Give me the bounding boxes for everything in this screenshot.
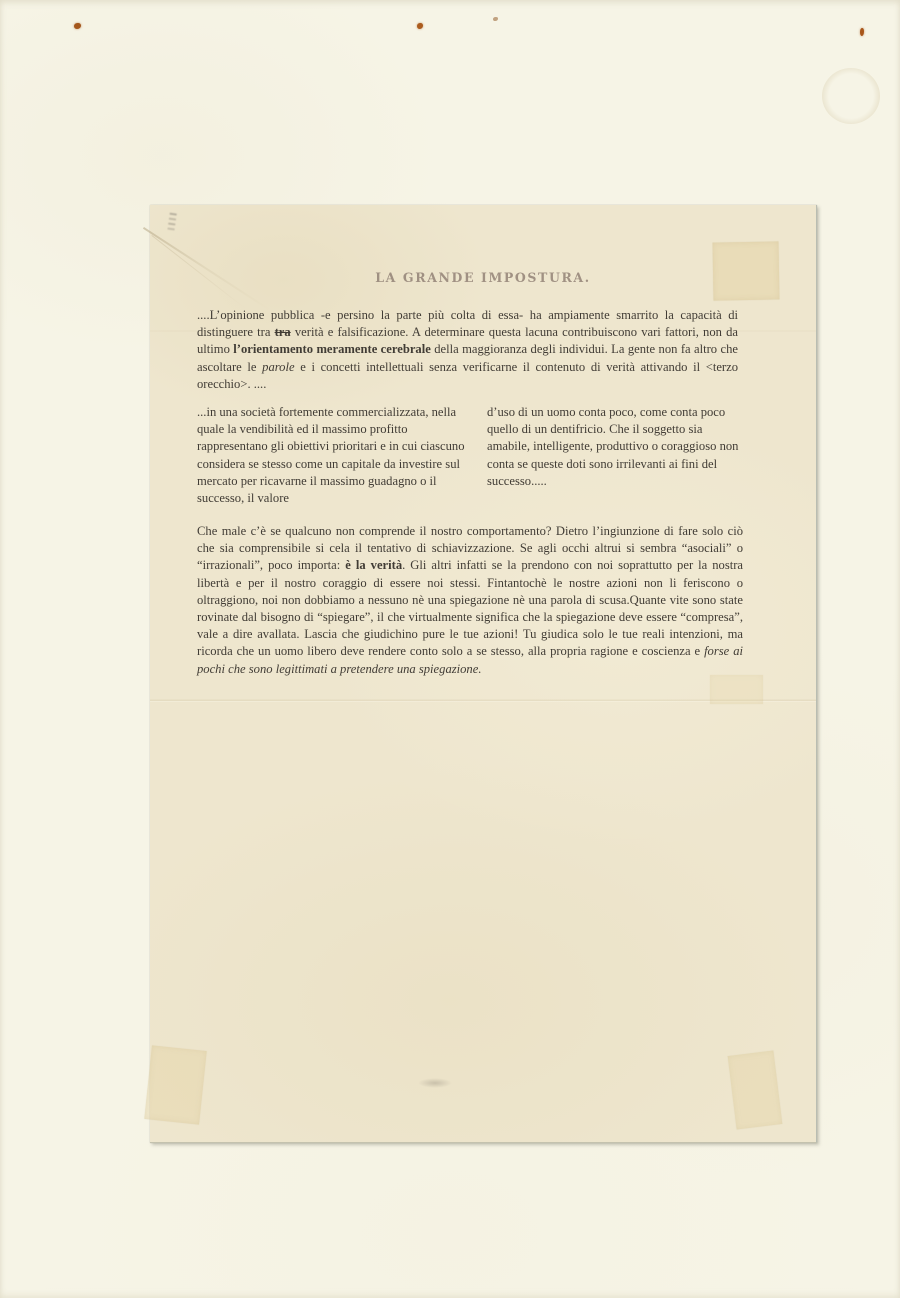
rust-speck xyxy=(417,23,423,29)
paragraph-che-male-ce: Che male c’è se qualcuno non comprende i… xyxy=(197,523,743,678)
tape-piece-bottom-right xyxy=(728,1050,783,1129)
tape-piece-bottom-left xyxy=(144,1045,206,1124)
rust-speck xyxy=(74,23,81,29)
faint-stain-ring xyxy=(822,68,880,124)
faint-stamp-mark xyxy=(166,213,177,240)
backing-sheet: LA GRANDE IMPOSTURA. ....L’opinione pubb… xyxy=(0,0,900,1298)
rust-speck xyxy=(493,17,498,21)
page-title: LA GRANDE IMPOSTURA. xyxy=(150,270,816,286)
paragraph-opinione-pubblica: ....L’opinione pubblica -e persino la pa… xyxy=(197,307,738,393)
smudge-mark xyxy=(418,1078,452,1088)
column-right-valore-duso: d’uso di un uomo conta poco, come conta … xyxy=(487,404,744,490)
tape-piece-right-middle xyxy=(710,675,763,704)
column-left-societa-commercializzata: ...in una società fortemente commerciali… xyxy=(197,404,478,507)
scanned-page: LA GRANDE IMPOSTURA. ....L’opinione pubb… xyxy=(150,205,817,1143)
rust-speck xyxy=(860,28,864,36)
